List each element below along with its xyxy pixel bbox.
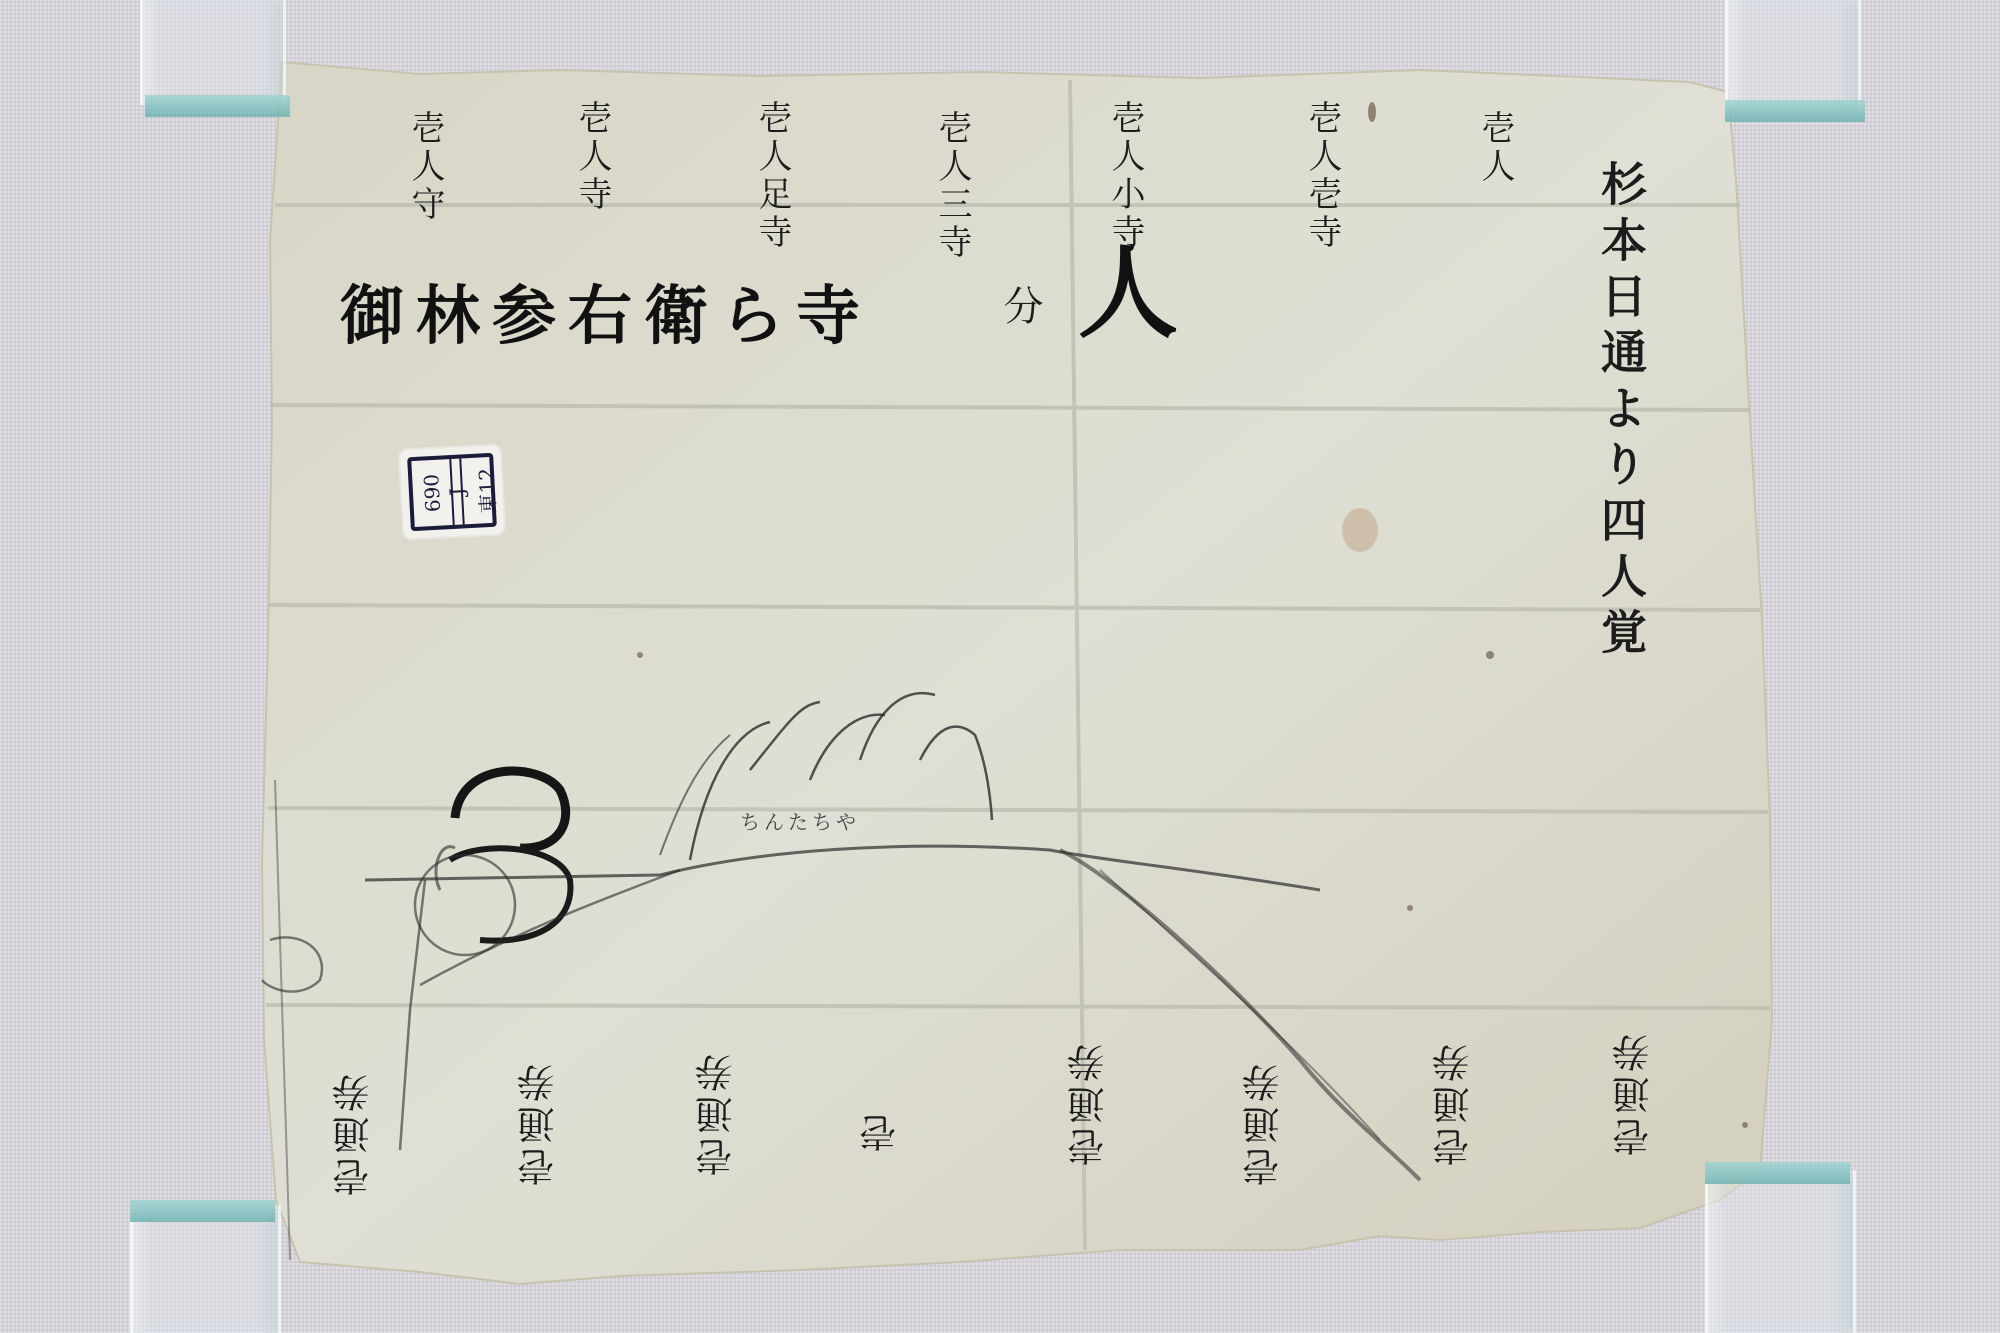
label-number: 690 <box>419 473 445 512</box>
glass-weight-bottom-left <box>130 1205 281 1333</box>
entry-bottom-5: 壱 <box>862 1110 900 1152</box>
glass-weight-bottom-right <box>1705 1170 1856 1333</box>
entry-top-5: 壱人足寺 <box>755 100 789 252</box>
entry-bottom-7: 壱通券 <box>520 1060 558 1186</box>
paper-shape <box>262 62 1772 1284</box>
entry-bottom-2: 壱通券 <box>1435 1040 1473 1166</box>
entry-top-7: 壱人守 <box>408 110 442 224</box>
glass-weight-bottom-right-edge <box>1705 1162 1850 1184</box>
glass-weight-bottom-left-edge <box>130 1200 275 1222</box>
large-ren-character: 人 <box>1070 240 1170 346</box>
entry-bottom-4: 壱通券 <box>1070 1040 1108 1166</box>
glass-weight-top-right-edge <box>1725 100 1865 122</box>
main-brush-line: 御林参右衛ら寺 <box>340 285 872 349</box>
entry-bottom-3: 壱通券 <box>1245 1060 1283 1186</box>
glass-weight-top-left-edge <box>145 95 290 117</box>
catalog-label: 690 J 東12 <box>400 445 504 538</box>
entry-bottom-1: 壱通券 <box>1615 1030 1653 1156</box>
document-title-column: 杉本日通より四人覚 <box>1598 160 1644 664</box>
entry-bottom-6: 壱通券 <box>698 1050 736 1176</box>
sketch-caption: ちんたちや <box>740 812 860 832</box>
side-mark: 分 <box>1000 285 1040 329</box>
document-photo: 杉本日通より四人覚 壱人 壱人壱寺 壱人小寺 壱人三寺 壱人足寺 壱人寺 壱人守… <box>0 0 2000 1333</box>
entry-top-4: 壱人三寺 <box>935 110 969 262</box>
glass-weight-top-left <box>140 0 286 105</box>
entry-top-3: 壱人小寺 <box>1108 100 1142 252</box>
label-letter: J <box>445 487 469 496</box>
entry-top-6: 壱人寺 <box>575 100 609 214</box>
entry-top-2: 壱人壱寺 <box>1305 100 1339 252</box>
entry-bottom-8: 壱通券 <box>335 1070 373 1196</box>
label-code: 東12 <box>470 467 501 514</box>
glass-weight-top-right <box>1725 0 1861 110</box>
paper-sheet <box>0 0 2000 1333</box>
entry-top-1: 壱人 <box>1478 110 1512 186</box>
